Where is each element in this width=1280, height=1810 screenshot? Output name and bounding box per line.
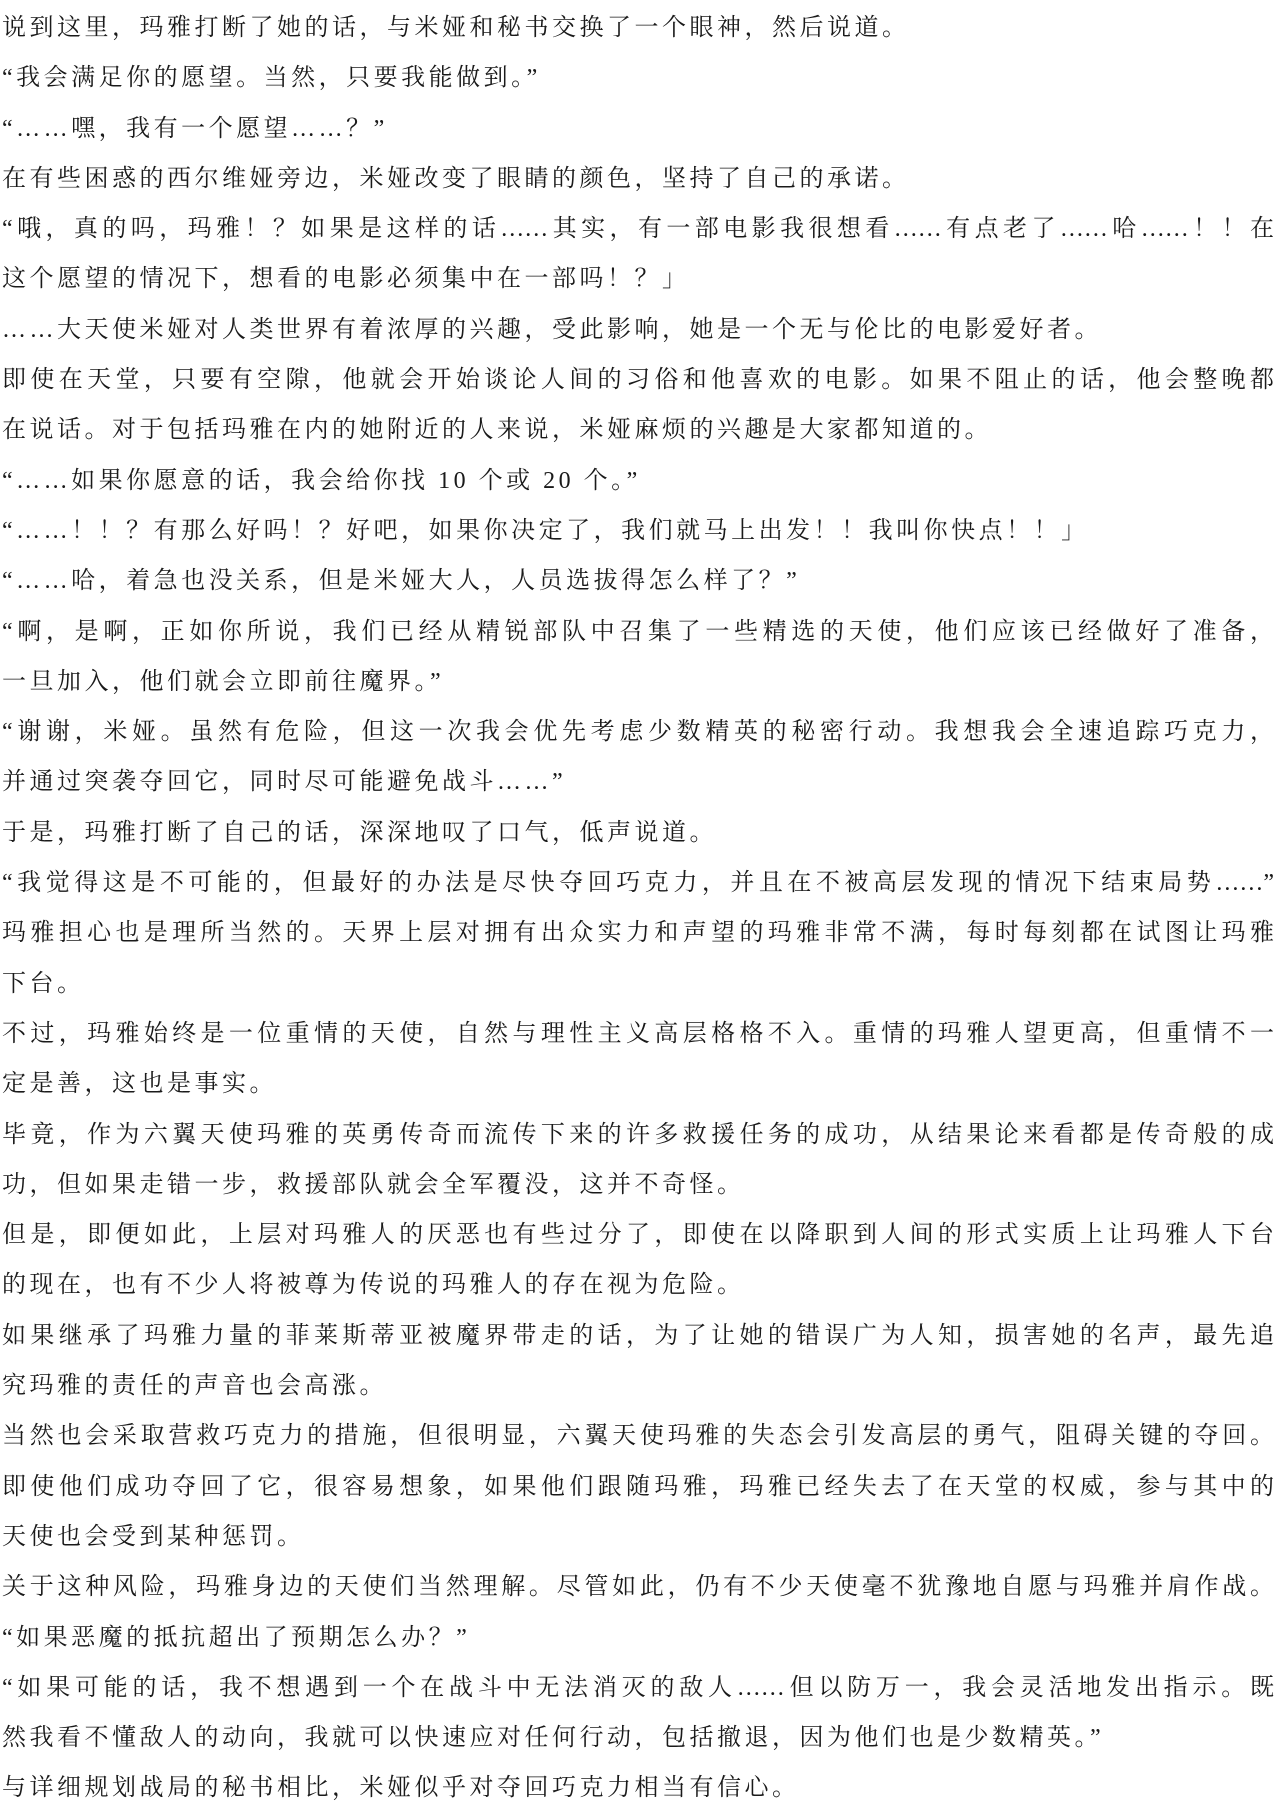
text-line: 玛雅担心也是理所当然的。天界上层对拥有出众实力和声望的玛雅非常不满，每时每刻都在… bbox=[2, 908, 1274, 958]
text-line: 然我看不懂敌人的动向，我就可以快速应对任何行动，包括撤退，因为他们也是少数精英。… bbox=[2, 1713, 1274, 1763]
paragraph: 与详细规划战局的秘书相比，米娅似乎对夺回巧克力相当有信心。 bbox=[2, 1763, 1274, 1810]
text-line: 功，但如果走错一步，救援部队就会全军覆没，这并不奇怪。 bbox=[2, 1160, 1274, 1210]
paragraph-dialogue: “我觉得这是不可能的，但最好的办法是尽快夺回巧克力，并且在不被高层发现的情况下结… bbox=[2, 858, 1274, 908]
text-line: 于是，玛雅打断了自己的话，深深地叹了口气，低声说道。 bbox=[2, 808, 1274, 858]
paragraph-dialogue: “……嘿，我有一个愿望……？” bbox=[2, 104, 1274, 154]
text-line: 的现在，也有不少人将被尊为传说的玛雅人的存在视为危险。 bbox=[2, 1260, 1274, 1310]
paragraph-dialogue: “谢谢，米娅。虽然有危险，但这一次我会优先考虑少数精英的秘密行动。我想我会全速追… bbox=[2, 707, 1274, 808]
text-line: “……！！？有那么好吗！？好吧，如果你决定了，我们就马上出发！！我叫你快点！！」 bbox=[2, 506, 1274, 556]
text-line: 即使在天堂，只要有空隙，他就会开始谈论人间的习俗和他喜欢的电影。如果不阻止的话，… bbox=[2, 355, 1274, 405]
text-line: 说到这里，玛雅打断了她的话，与米娅和秘书交换了一个眼神，然后说道。 bbox=[2, 3, 1274, 53]
text-line: 与详细规划战局的秘书相比，米娅似乎对夺回巧克力相当有信心。 bbox=[2, 1763, 1274, 1810]
paragraph: 即使他们成功夺回了它，很容易想象，如果他们跟随玛雅，玛雅已经失去了在天堂的权威，… bbox=[2, 1462, 1274, 1563]
paragraph-dialogue: “……如果你愿意的话，我会给你找 10 个或 20 个。” bbox=[2, 456, 1274, 506]
text-line: ……大天使米娅对人类世界有着浓厚的兴趣，受此影响，她是一个无与伦比的电影爱好者。 bbox=[2, 305, 1274, 355]
paragraph-dialogue: “啊，是啊，正如你所说，我们已经从精锐部队中召集了一些精选的天使，他们应该已经做… bbox=[2, 607, 1274, 708]
paragraph: 玛雅担心也是理所当然的。天界上层对拥有出众实力和声望的玛雅非常不满，每时每刻都在… bbox=[2, 908, 1274, 1009]
paragraph: 不过，玛雅始终是一位重情的天使，自然与理性主义高层格格不入。重情的玛雅人望更高，… bbox=[2, 1009, 1274, 1110]
paragraph: 关于这种风险，玛雅身边的天使们当然理解。尽管如此，仍有不少天使毫不犹豫地自愿与玛… bbox=[2, 1562, 1274, 1612]
text-line: 一旦加入，他们就会立即前往魔界。” bbox=[2, 657, 1274, 707]
paragraph: 当然也会采取营救巧克力的措施，但很明显，六翼天使玛雅的失态会引发高层的勇气，阻碍… bbox=[2, 1411, 1274, 1461]
text-line: “……哈，着急也没关系，但是米娅大人，人员选拔得怎么样了？” bbox=[2, 556, 1274, 606]
text-line: 毕竟，作为六翼天使玛雅的英勇传奇而流传下来的许多救援任务的成功，从结果论来看都是… bbox=[2, 1110, 1274, 1160]
text-line: 即使他们成功夺回了它，很容易想象，如果他们跟随玛雅，玛雅已经失去了在天堂的权威，… bbox=[2, 1462, 1274, 1512]
text-line: “……如果你愿意的话，我会给你找 10 个或 20 个。” bbox=[2, 456, 1274, 506]
text-line: “哦，真的吗，玛雅！？如果是这样的话……其实，有一部电影我很想看……有点老了……… bbox=[2, 204, 1274, 254]
text-line: “如果可能的话，我不想遇到一个在战斗中无法消灭的敌人……但以防万一，我会灵活地发… bbox=[2, 1663, 1274, 1713]
paragraph: ……大天使米娅对人类世界有着浓厚的兴趣，受此影响，她是一个无与伦比的电影爱好者。 bbox=[2, 305, 1274, 355]
text-line: 并通过突袭夺回它，同时尽可能避免战斗……” bbox=[2, 757, 1274, 807]
text-line: 不过，玛雅始终是一位重情的天使，自然与理性主义高层格格不入。重情的玛雅人望更高，… bbox=[2, 1009, 1274, 1059]
text-line: 天使也会受到某种惩罚。 bbox=[2, 1512, 1274, 1562]
text-line: “谢谢，米娅。虽然有危险，但这一次我会优先考虑少数精英的秘密行动。我想我会全速追… bbox=[2, 707, 1274, 757]
text-line: 下台。 bbox=[2, 959, 1274, 1009]
paragraph-dialogue: “我会满足你的愿望。当然，只要我能做到。” bbox=[2, 53, 1274, 103]
paragraph-dialogue: “如果恶魔的抵抗超出了预期怎么办？” bbox=[2, 1613, 1274, 1663]
paragraph-dialogue: “哦，真的吗，玛雅！？如果是这样的话……其实，有一部电影我很想看……有点老了……… bbox=[2, 204, 1274, 305]
paragraph: 即使在天堂，只要有空隙，他就会开始谈论人间的习俗和他喜欢的电影。如果不阻止的话，… bbox=[2, 355, 1274, 456]
paragraph: 于是，玛雅打断了自己的话，深深地叹了口气，低声说道。 bbox=[2, 808, 1274, 858]
text-line: “啊，是啊，正如你所说，我们已经从精锐部队中召集了一些精选的天使，他们应该已经做… bbox=[2, 607, 1274, 657]
text-line: “我会满足你的愿望。当然，只要我能做到。” bbox=[2, 53, 1274, 103]
paragraph-dialogue: “……哈，着急也没关系，但是米娅大人，人员选拔得怎么样了？” bbox=[2, 556, 1274, 606]
paragraph: 但是，即便如此，上层对玛雅人的厌恶也有些过分了，即使在以降职到人间的形式实质上让… bbox=[2, 1210, 1274, 1311]
paragraph: 说到这里，玛雅打断了她的话，与米娅和秘书交换了一个眼神，然后说道。 bbox=[2, 3, 1274, 53]
text-line: 但是，即便如此，上层对玛雅人的厌恶也有些过分了，即使在以降职到人间的形式实质上让… bbox=[2, 1210, 1274, 1260]
text-line: 关于这种风险，玛雅身边的天使们当然理解。尽管如此，仍有不少天使毫不犹豫地自愿与玛… bbox=[2, 1562, 1274, 1612]
text-line: 如果继承了玛雅力量的菲莱斯蒂亚被魔界带走的话，为了让她的错误广为人知，损害她的名… bbox=[2, 1311, 1274, 1361]
paragraph: 如果继承了玛雅力量的菲莱斯蒂亚被魔界带走的话，为了让她的错误广为人知，损害她的名… bbox=[2, 1311, 1274, 1412]
paragraph-dialogue: “……！！？有那么好吗！？好吧，如果你决定了，我们就马上出发！！我叫你快点！！」 bbox=[2, 506, 1274, 556]
text-line: 在有些困惑的西尔维娅旁边，米娅改变了眼睛的颜色，坚持了自己的承诺。 bbox=[2, 154, 1274, 204]
text-line: 究玛雅的责任的声音也会高涨。 bbox=[2, 1361, 1274, 1411]
text-line: “如果恶魔的抵抗超出了预期怎么办？” bbox=[2, 1613, 1274, 1663]
document-page: 说到这里，玛雅打断了她的话，与米娅和秘书交换了一个眼神，然后说道。 “我会满足你… bbox=[0, 0, 1280, 1810]
paragraph: 毕竟，作为六翼天使玛雅的英勇传奇而流传下来的许多救援任务的成功，从结果论来看都是… bbox=[2, 1110, 1274, 1211]
text-line: “……嘿，我有一个愿望……？” bbox=[2, 104, 1274, 154]
paragraph: 在有些困惑的西尔维娅旁边，米娅改变了眼睛的颜色，坚持了自己的承诺。 bbox=[2, 154, 1274, 204]
text-line: 在说话。对于包括玛雅在内的她附近的人来说，米娅麻烦的兴趣是大家都知道的。 bbox=[2, 405, 1274, 455]
paragraph-dialogue: “如果可能的话，我不想遇到一个在战斗中无法消灭的敌人……但以防万一，我会灵活地发… bbox=[2, 1663, 1274, 1764]
text-line: 这个愿望的情况下，想看的电影必须集中在一部吗！？」 bbox=[2, 254, 1274, 304]
text-line: 当然也会采取营救巧克力的措施，但很明显，六翼天使玛雅的失态会引发高层的勇气，阻碍… bbox=[2, 1411, 1274, 1461]
text-line: “我觉得这是不可能的，但最好的办法是尽快夺回巧克力，并且在不被高层发现的情况下结… bbox=[2, 858, 1274, 908]
text-line: 定是善，这也是事实。 bbox=[2, 1059, 1274, 1109]
